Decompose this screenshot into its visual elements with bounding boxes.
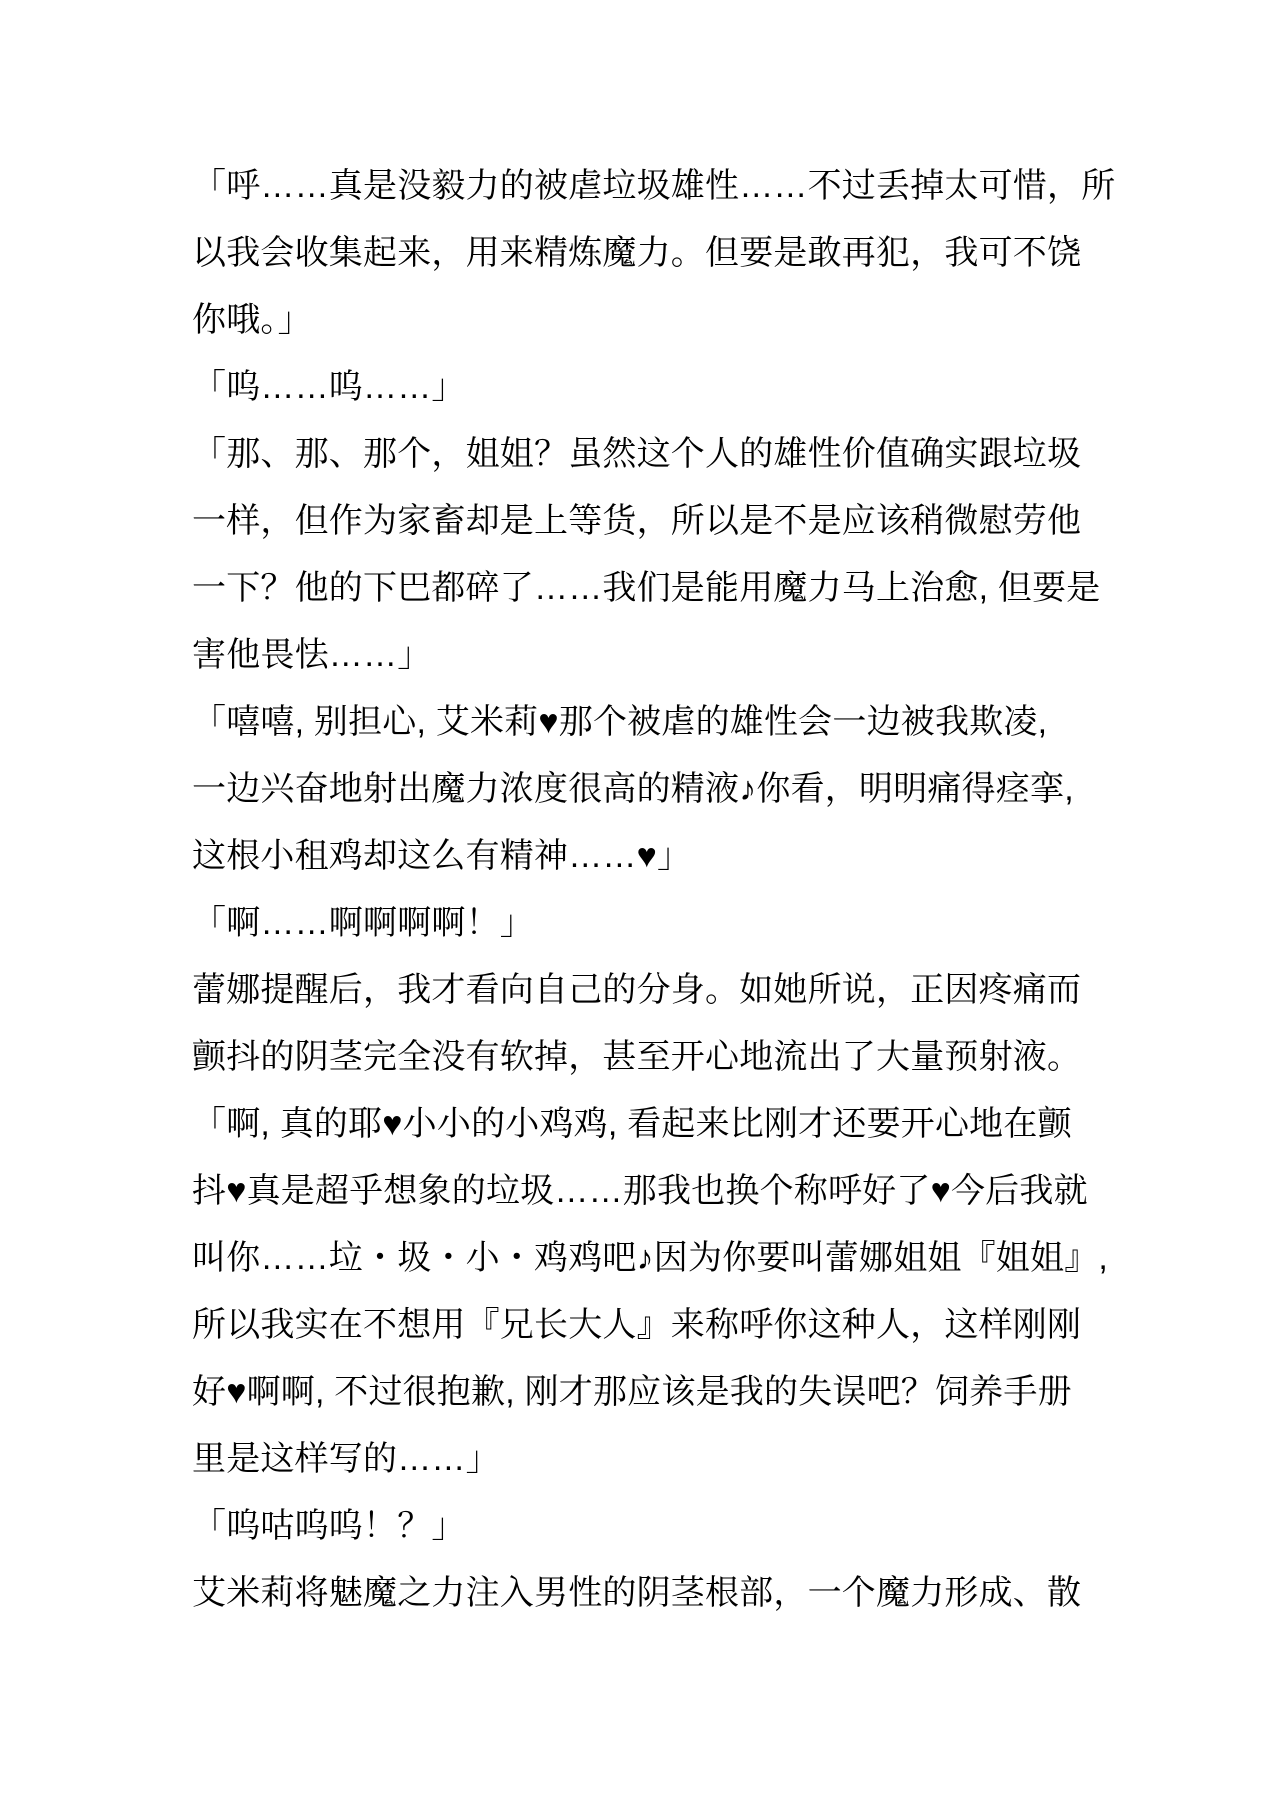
text-line: 所以我实在不想用『兄长大人』来称呼你这种人，这样刚刚 (192, 1292, 1130, 1359)
text-line: 你哦。」 (192, 287, 1130, 354)
text-line: 这根小租鸡却这么有精神……♥」 (192, 823, 1130, 890)
text-line: 一样，但作为家畜却是上等货，所以是不是应该稍微慰劳他 (192, 488, 1130, 555)
text-line: 「呜……呜……」 (192, 354, 1130, 421)
text-line: 艾米莉将魅魔之力注入男性的阴茎根部，一个魔力形成、散 (192, 1560, 1130, 1627)
document-page: 「呼……真是没毅力的被虐垃圾雄性……不过丢掉太可惜，所 以我会收集起来，用来精炼… (0, 0, 1280, 1810)
text-line: 害他畏怯……」 (192, 622, 1130, 689)
text-line: 颤抖的阴茎完全没有软掉，甚至开心地流出了大量预射液。 (192, 1024, 1130, 1091)
text-line: 「呜咕呜呜！？」 (192, 1493, 1130, 1560)
text-line: 蕾娜提醒后，我才看向自己的分身。如她所说，正因疼痛而 (192, 957, 1130, 1024)
text-line: 一下？他的下巴都碎了……我们是能用魔力马上治愈, 但要是 (192, 555, 1130, 622)
text-line: 「呼……真是没毅力的被虐垃圾雄性……不过丢掉太可惜，所 (192, 153, 1130, 220)
text-line: 「啊……啊啊啊啊！」 (192, 890, 1130, 957)
text-line: 「啊, 真的耶♥小小的小鸡鸡, 看起来比刚才还要开心地在颤 (192, 1091, 1130, 1158)
text-line: 以我会收集起来，用来精炼魔力。但要是敢再犯，我可不饶 (192, 220, 1130, 287)
text-line: 「嘻嘻, 别担心, 艾米莉♥那个被虐的雄性会一边被我欺凌, (192, 689, 1130, 756)
text-line: 好♥啊啊, 不过很抱歉, 刚才那应该是我的失误吧？饲养手册 (192, 1359, 1130, 1426)
text-line: 叫你……垃・圾・小・鸡鸡吧♪因为你要叫蕾娜姐姐『姐姐』, (192, 1225, 1130, 1292)
text-line: 里是这样写的……」 (192, 1426, 1130, 1493)
text-line: 一边兴奋地射出魔力浓度很高的精液♪你看，明明痛得痉挛, (192, 756, 1130, 823)
text-line: 「那、那、那个，姐姐？虽然这个人的雄性价值确实跟垃圾 (192, 421, 1130, 488)
text-line: 抖♥真是超乎想象的垃圾……那我也换个称呼好了♥今后我就 (192, 1158, 1130, 1225)
